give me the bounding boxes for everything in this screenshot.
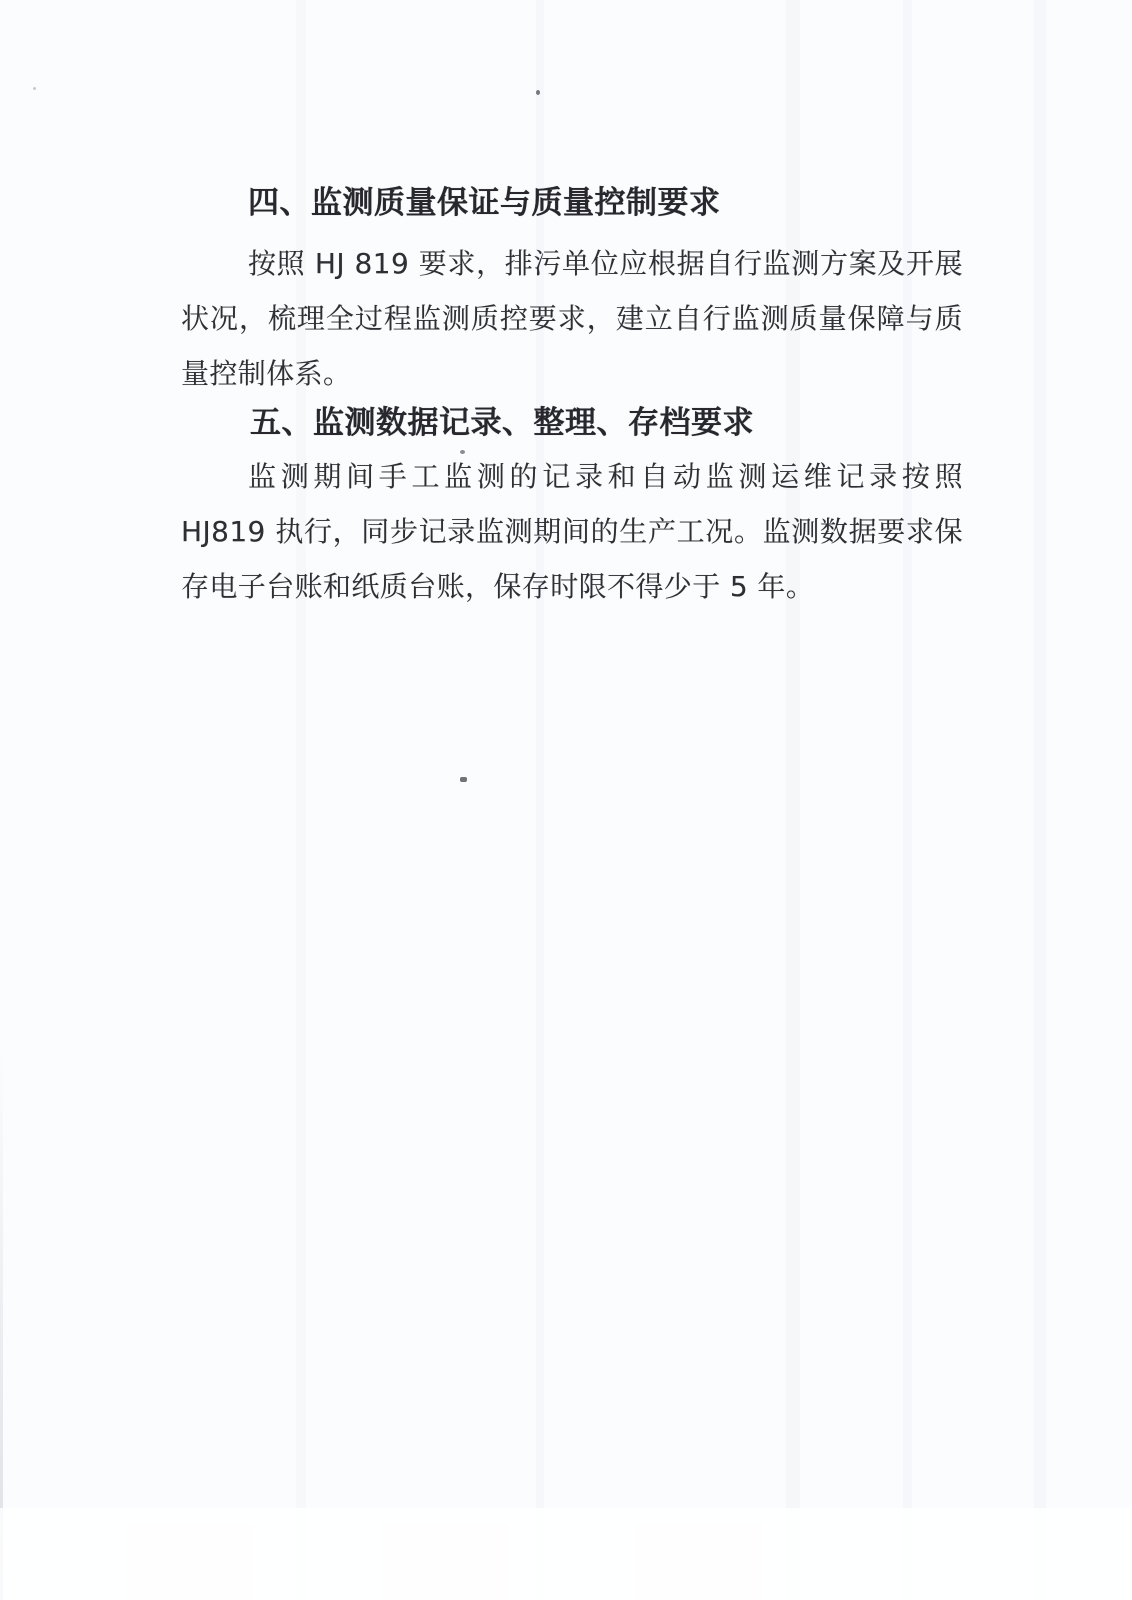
scanned-document-page: 四、监测质量保证与质量控制要求 按照 HJ 819 要求，排污单位应根据自行监测… [0,0,1132,1600]
section-heading-5: 五、监测数据记录、整理、存档要求 [250,407,754,440]
scan-speck [33,87,36,90]
scan-streak [1034,0,1046,1600]
scan-light-band [0,1508,1132,1600]
scan-speck [536,90,540,95]
section-paragraph-4: 按照 HJ 819 要求，排污单位应根据自行监测方案及开展状况，梳理全过程监测质… [181,236,963,401]
scan-edge-shadow [0,1050,3,1600]
section-paragraph-5: 监测期间手工监测的记录和自动监测运维记录按照 HJ819 执行，同步记录监测期间… [181,449,963,614]
section-heading-4: 四、监测质量保证与质量控制要求 [248,187,721,220]
scan-speck [460,777,467,782]
